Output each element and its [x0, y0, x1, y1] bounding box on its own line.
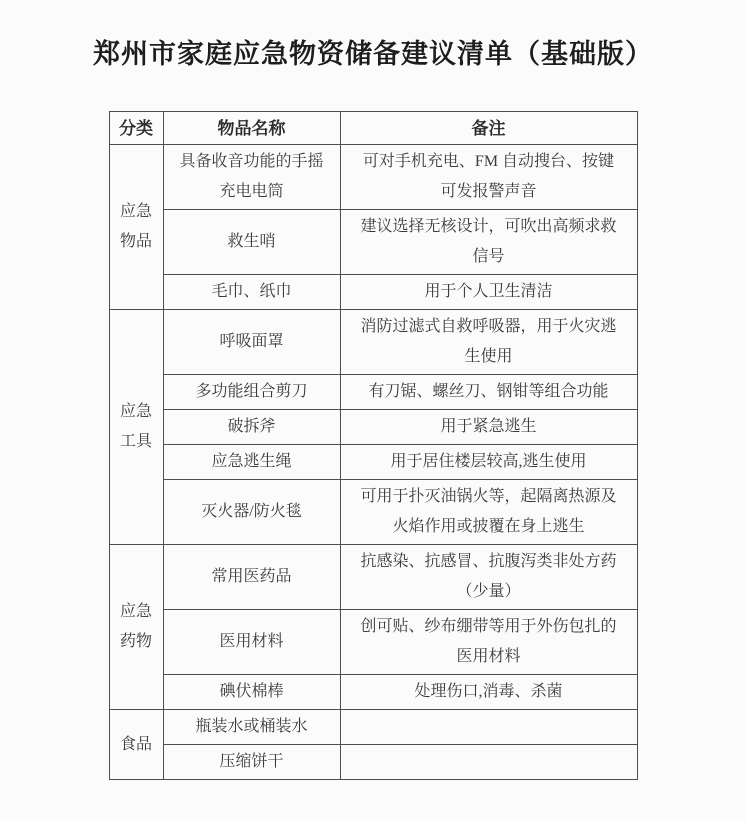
- category-cell: 食品: [109, 710, 163, 780]
- item-name-cell: 灭火器/防火毯: [163, 480, 340, 545]
- item-name-cell: 救生哨: [163, 210, 340, 275]
- table-row: 应急工具呼吸面罩消防过滤式自救呼吸器，用于火灾逃生使用: [109, 310, 637, 375]
- header-cell-category: 分类: [109, 112, 163, 145]
- table-row: 应急物品具备收音功能的手摇充电电筒可对手机充电、FM 自动搜台、按键可发报警声音: [109, 145, 637, 210]
- table-row: 救生哨建议选择无核设计，可吹出高频求救信号: [109, 210, 637, 275]
- item-name-cell: 多功能组合剪刀: [163, 375, 340, 410]
- item-name-cell: 具备收音功能的手摇充电电筒: [163, 145, 340, 210]
- category-cell: 应急工具: [109, 310, 163, 545]
- note-cell: 建议选择无核设计，可吹出高频求救信号: [340, 210, 637, 275]
- item-name-cell: 破拆斧: [163, 410, 340, 445]
- page-title: 郑州市家庭应急物资储备建议清单（基础版）: [0, 32, 746, 71]
- table-row: 破拆斧用于紧急逃生: [109, 410, 637, 445]
- item-name-cell: 瓶装水或桶装水: [163, 710, 340, 745]
- table-row: 灭火器/防火毯可用于扑灭油锅火等，起隔离热源及火焰作用或披覆在身上逃生: [109, 480, 637, 545]
- table-row: 压缩饼干: [109, 745, 637, 780]
- note-cell: 创可贴、纱布绷带等用于外伤包扎的医用材料: [340, 610, 637, 675]
- note-cell: 处理伤口,消毒、杀菌: [340, 675, 637, 710]
- supplies-table-header: 分类 物品名称 备注: [109, 112, 637, 145]
- item-name-cell: 常用医药品: [163, 545, 340, 610]
- table-row: 毛巾、纸巾用于个人卫生清洁: [109, 275, 637, 310]
- header-row: 分类 物品名称 备注: [109, 112, 637, 145]
- table-row: 医用材料创可贴、纱布绷带等用于外伤包扎的医用材料: [109, 610, 637, 675]
- supplies-table-body: 应急物品具备收音功能的手摇充电电筒可对手机充电、FM 自动搜台、按键可发报警声音…: [109, 145, 637, 780]
- note-cell: 抗感染、抗感冒、抗腹泻类非处方药（少量）: [340, 545, 637, 610]
- note-cell: 用于紧急逃生: [340, 410, 637, 445]
- document-page: 郑州市家庭应急物资储备建议清单（基础版） 分类 物品名称 备注 应急物品具备收音…: [0, 0, 746, 821]
- note-cell: [340, 745, 637, 780]
- header-cell-notes: 备注: [340, 112, 637, 145]
- category-cell: 应急药物: [109, 545, 163, 710]
- table-row: 食品瓶装水或桶装水: [109, 710, 637, 745]
- item-name-cell: 医用材料: [163, 610, 340, 675]
- note-cell: 用于个人卫生清洁: [340, 275, 637, 310]
- item-name-cell: 毛巾、纸巾: [163, 275, 340, 310]
- table-row: 碘伏棉棒处理伤口,消毒、杀菌: [109, 675, 637, 710]
- note-cell: 有刀锯、螺丝刀、钢钳等组合功能: [340, 375, 637, 410]
- note-cell: 消防过滤式自救呼吸器，用于火灾逃生使用: [340, 310, 637, 375]
- note-cell: 可对手机充电、FM 自动搜台、按键可发报警声音: [340, 145, 637, 210]
- item-name-cell: 碘伏棉棒: [163, 675, 340, 710]
- supplies-table: 分类 物品名称 备注 应急物品具备收音功能的手摇充电电筒可对手机充电、FM 自动…: [109, 111, 638, 780]
- item-name-cell: 应急逃生绳: [163, 445, 340, 480]
- item-name-cell: 呼吸面罩: [163, 310, 340, 375]
- note-cell: [340, 710, 637, 745]
- table-row: 多功能组合剪刀有刀锯、螺丝刀、钢钳等组合功能: [109, 375, 637, 410]
- item-name-cell: 压缩饼干: [163, 745, 340, 780]
- note-cell: 用于居住楼层较高,逃生使用: [340, 445, 637, 480]
- table-row: 应急逃生绳用于居住楼层较高,逃生使用: [109, 445, 637, 480]
- category-cell: 应急物品: [109, 145, 163, 310]
- note-cell: 可用于扑灭油锅火等，起隔离热源及火焰作用或披覆在身上逃生: [340, 480, 637, 545]
- table-row: 应急药物常用医药品抗感染、抗感冒、抗腹泻类非处方药（少量）: [109, 545, 637, 610]
- header-cell-item-name: 物品名称: [163, 112, 340, 145]
